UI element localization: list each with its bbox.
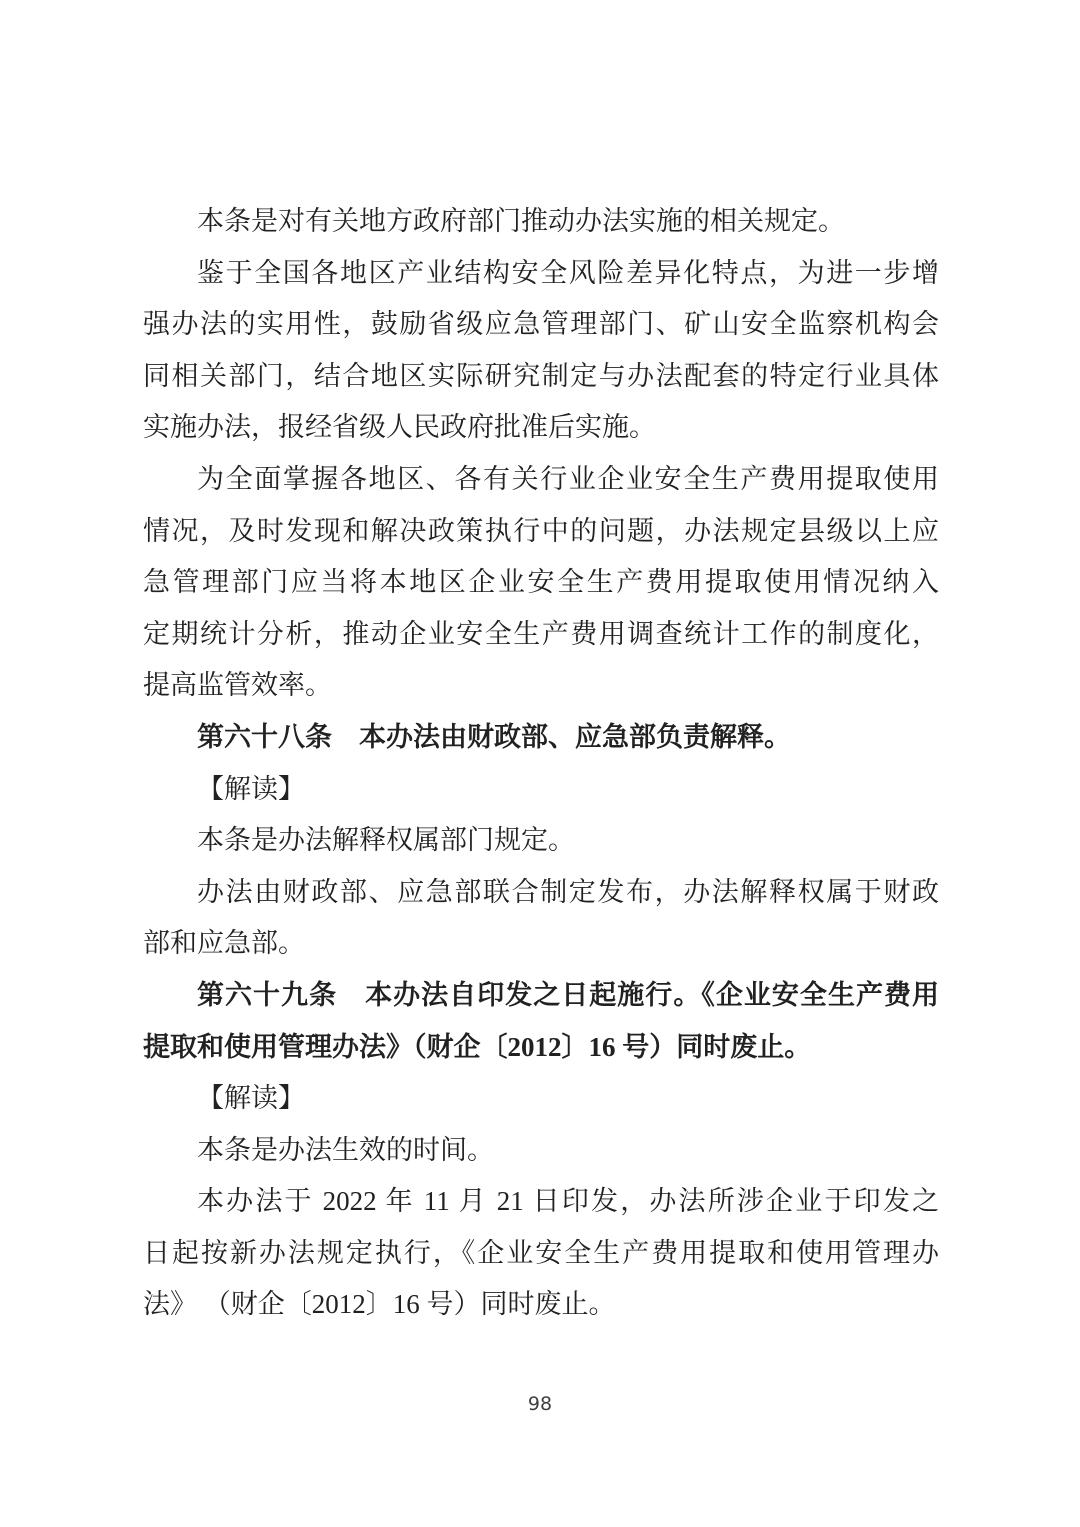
text-line: 定期统计分析，推动企业安全生产费用调查统计工作的制度化， (143, 609, 939, 661)
article-68-commentary-detail: 办法由财政部、应急部联合制定发布，办法解释权属于财政部和应急部。 (143, 867, 939, 970)
text-line: 强办法的实用性，鼓励省级应急管理部门、矿山安全监察机构会 (143, 299, 939, 351)
article-69-commentary-intro: 本条是办法生效的时间。 (143, 1125, 939, 1177)
text-line: 提高监管效率。 (143, 660, 939, 712)
commentary-intro-paragraph: 本条是对有关地方政府部门推动办法实施的相关规定。 (143, 196, 939, 248)
text-line: 【解读】 (143, 764, 939, 816)
text-line: 同相关部门，结合地区实际研究制定与办法配套的特定行业具体 (143, 351, 939, 403)
commentary-regional-paragraph: 鉴于全国各地区产业结构安全风险差异化特点，为进一步增强办法的实用性，鼓励省级应急… (143, 248, 939, 454)
text-line: 本办法于 2022 年 11 月 21 日印发，办法所涉企业于印发之 (143, 1176, 939, 1228)
text-line: 第六十八条 本办法由财政部、应急部负责解释。 (143, 712, 939, 764)
text-line: 提取和使用管理办法》（财企〔2012〕16 号）同时废止。 (143, 1022, 939, 1074)
text-line: 办法由财政部、应急部联合制定发布，办法解释权属于财政 (143, 867, 939, 919)
jiedu-label-article-68: 【解读】 (143, 764, 939, 816)
text-line: 法》 （财企〔2012〕16 号）同时废止。 (143, 1279, 939, 1331)
article-68-heading: 第六十八条 本办法由财政部、应急部负责解释。 (143, 712, 939, 764)
text-line: 日起按新办法规定执行，《企业安全生产费用提取和使用管理办 (143, 1228, 939, 1280)
text-line: 【解读】 (143, 1073, 939, 1125)
page-number: 98 (528, 1393, 552, 1415)
text-line: 第六十九条 本办法自印发之日起施行。《企业安全生产费用 (143, 970, 939, 1022)
text-line: 本条是办法生效的时间。 (143, 1125, 939, 1177)
text-line: 为全面掌握各地区、各有关行业企业安全生产费用提取使用 (143, 454, 939, 506)
commentary-statistics-paragraph: 为全面掌握各地区、各有关行业企业安全生产费用提取使用情况，及时发现和解决政策执行… (143, 454, 939, 712)
text-line: 鉴于全国各地区产业结构安全风险差异化特点，为进一步增 (143, 248, 939, 300)
text-line: 本条是对有关地方政府部门推动办法实施的相关规定。 (143, 196, 939, 248)
text-line: 情况，及时发现和解决政策执行中的问题，办法规定县级以上应 (143, 506, 939, 558)
jiedu-label-article-69: 【解读】 (143, 1073, 939, 1125)
text-line: 实施办法，报经省级人民政府批准后实施。 (143, 402, 939, 454)
text-line: 本条是办法解释权属部门规定。 (143, 815, 939, 867)
article-68-commentary-intro: 本条是办法解释权属部门规定。 (143, 815, 939, 867)
article-69-heading: 第六十九条 本办法自印发之日起施行。《企业安全生产费用提取和使用管理办法》（财企… (143, 970, 939, 1073)
page-footer: 98 (0, 1390, 1080, 1418)
text-line: 部和应急部。 (143, 918, 939, 970)
text-line: 急管理部门应当将本地区企业安全生产费用提取使用情况纳入 (143, 557, 939, 609)
article-69-commentary-detail: 本办法于 2022 年 11 月 21 日印发，办法所涉企业于印发之日起按新办法… (143, 1176, 939, 1331)
document-page: 本条是对有关地方政府部门推动办法实施的相关规定。鉴于全国各地区产业结构安全风险差… (0, 0, 1080, 1527)
document-body: 本条是对有关地方政府部门推动办法实施的相关规定。鉴于全国各地区产业结构安全风险差… (143, 196, 939, 1331)
